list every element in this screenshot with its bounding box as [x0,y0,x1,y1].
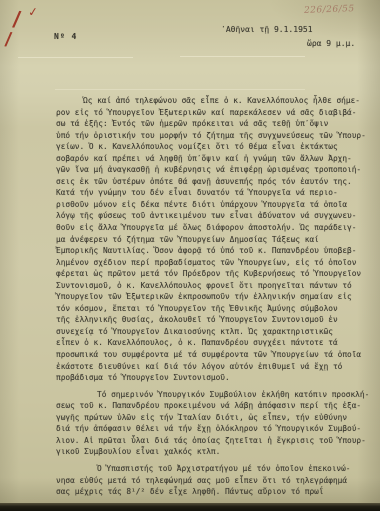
text-line: Κατά τήν γνώμην του δέν εἶναι δυνατόν τά… [56,187,374,199]
text-line: σεις ἐκ τῶν ὑστέρων ὁπότε θά φανῇ ἀσυνεπ… [56,176,374,188]
scan-shadow [0,477,380,503]
paper-crease [180,56,305,57]
document-body: Ὡς καί ἀπό τηλεφώνου σᾶς εἶπε ὁ κ. Κανελ… [56,95,374,498]
handwritten-check-icon: ✓ [27,5,38,20]
paragraph: Ὡς καί ἀπό τηλεφώνου σᾶς εἶπε ὁ κ. Κανελ… [56,95,374,384]
text-line: προβάδισμα τό Ὑπουργεῖον Συντονισμοῦ. [56,372,374,384]
text-line: λιον. Αἱ πρῶται ὗλαι διά τάς ὁποίας ζητε… [56,435,374,447]
text-line: σεως τοῦ κ. Παπανδρέου προκειμένου νά λά… [56,400,374,412]
time-of-writing: ὥρα 9 μ.μ. [307,39,355,48]
text-line: ὑπό τήν ὁριστικήν του μορφήν τό ζήτημα τ… [56,130,374,142]
handwritten-stroke-mark: ∕ [4,29,13,51]
text-line: ρισθοῦν μόνον εἰς δέκα πέντε διότι ὑπάρχ… [56,199,374,211]
text-line: Ἐμπορικῆς Ναυτιλίας. Ὅσον ἀφορᾷ τό ὑπό τ… [56,245,374,257]
text-line: διά τήν ἀπόφασιν θέλει νά τήν ἔχῃ ὁλόκλη… [56,423,374,435]
text-line: προσωπικά του συμφέροντα μέ τά συμφέροντ… [56,349,374,361]
handwritten-file-number: 226/26/55 [304,4,355,16]
text-line: λημένον σχέδιον περί προβαδίσματος τῶν Ὑ… [56,257,374,269]
text-line: φέρεται ὡς πρῶτον μετά τόν Πρόεδρον τῆς … [56,268,374,280]
text-line: εἶπεν ὁ κ. Κανελλόπουλος, ὁ κ. Παπανδρέο… [56,337,374,349]
place-and-date: ᾽Αθῆναι τῇ 9.1.1951 [221,25,313,34]
text-line: συνεχείᾳ τό Ὑπουργεῖον Δικαιοσύνης κτλπ.… [56,326,374,338]
text-line: γείων. Ὁ κ. Κανελλόπουλος νομίζει ὅτι τό… [56,141,374,153]
paper-crease [18,57,133,58]
document-number: Νº 4 [54,32,77,41]
paragraph: Τό σημερινόν Ὑπουργικόν Συμβούλιον ἐκλήθ… [56,389,374,458]
scanned-paper-background: 226/26/55 ∕ ✓ ∕ Νº 4 ᾽Αθῆναι τῇ 9.1.1951… [0,0,380,511]
scan-edge [0,503,380,511]
text-line: μα ἀνέφερεν τό ζήτημα τῶν Ὑπουργείων Δημ… [56,234,374,246]
text-line: ἑκάστοτε διευθύνει καί διά τόν λόγον αὐτ… [56,361,374,373]
text-line: τῆς ἑλληνικῆς θυσίας, ἀκολουθεῖ τό Ὑπουρ… [56,314,374,326]
text-line: σοβαρόν καί πρέπει νά ληφθῇ ὑπ᾽ὄψιν καί … [56,153,374,165]
text-line: σω τά ἑξῆς: Ἐντός τῶν ἡμερῶν πρόκειται ν… [56,118,374,130]
text-line: γωγῆς πρώτων ὑλῶν εἰς τήν Ἰταλίαν διότι,… [56,412,374,424]
text-line: Τό σημερινόν Ὑπουργικόν Συμβούλιον ἐκλήθ… [56,389,374,401]
handwritten-stroke-mark: ∕ [12,6,22,32]
text-line: γῶν ἵνα μή ἀναγκασθῇ ἡ κυβέρνησις νά ἐπι… [56,164,374,176]
text-line: τόν κόσμον, ἕπεται τό Ὑπουργεῖον τῆς Ἐθν… [56,303,374,315]
text-line: Ὑπουργεῖον τῶν Ἐξωτερικῶν ἐκπροσωποῦν τή… [56,291,374,303]
text-line: Συντονισμοῦ, ὁ κ. Κανελλόπουλος φρονεῖ ὅ… [56,280,374,292]
text-line: γικοῦ Συμβουλίου εἶναι χαλκός κτλπ. [56,446,374,458]
text-line: Ὡς καί ἀπό τηλεφώνου σᾶς εἶπε ὁ κ. Κανελ… [56,95,374,107]
text-line: ρον εἰς τό Ὑπουργεῖον Ἐξωτερικῶν καί παρ… [56,107,374,119]
text-line: θοῦν εἰς ἄλλα Ὑπουργεῖα μέ ὅλως διάφορον… [56,222,374,234]
paper-crease [55,89,305,90]
text-line: Ὁ Ὑπασπιστής τοῦ Ἀρχιστρατήγου μέ τόν ὁπ… [56,463,374,475]
text-line: λόγῳ τῆς φύσεως τοῦ ἀντικειμένου των εἶν… [56,210,374,222]
